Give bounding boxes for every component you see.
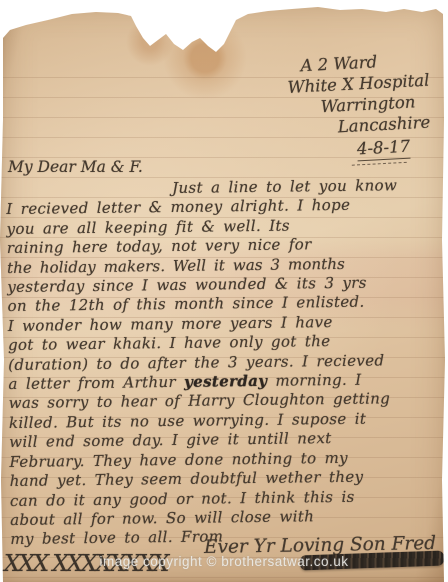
inserted-word: yesterday bbox=[184, 372, 267, 391]
letter-body: Just a line to let you know I recieved l… bbox=[6, 176, 447, 550]
greeting-line: My Dear Ma & F. bbox=[8, 158, 143, 176]
body-line-pre: a letter from Arthur bbox=[8, 373, 184, 393]
body-line-post: morning. I bbox=[267, 371, 361, 390]
address-block: A 2 Ward White X Hospital Warrington Lan… bbox=[286, 48, 447, 165]
letter-paper: A 2 Ward White X Hospital Warrington Lan… bbox=[0, 0, 448, 582]
watermark-text: image copyright © brothersatwar.co.uk bbox=[0, 554, 448, 569]
date-line: 4-8-17 bbox=[356, 136, 410, 162]
letter-scan: A 2 Ward White X Hospital Warrington Lan… bbox=[0, 0, 448, 582]
